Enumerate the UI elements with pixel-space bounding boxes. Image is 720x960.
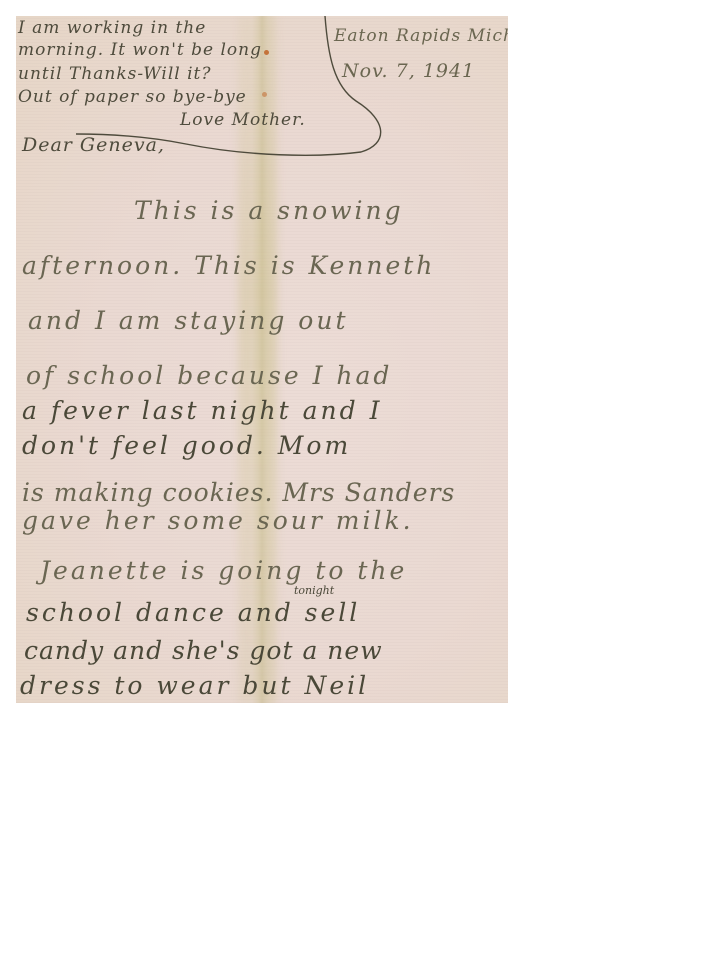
margin-note-line: morning. It won't be long <box>18 40 262 60</box>
body-line: don't feel good. Mom <box>22 431 351 460</box>
margin-note-signature: Love Mother. <box>180 110 306 130</box>
ink-spot <box>264 50 269 55</box>
page: I am working in the morning. It won't be… <box>0 0 720 960</box>
letter-place: Eaton Rapids Mich <box>334 26 508 46</box>
body-line: candy and she's got a new <box>24 636 383 665</box>
handwritten-letter: I am working in the morning. It won't be… <box>16 16 508 703</box>
body-line: This is a snowing <box>134 196 404 225</box>
body-line: gave her some sour milk. <box>22 506 414 535</box>
body-line: of school because I had <box>26 361 392 390</box>
salutation: Dear Geneva, <box>22 134 165 156</box>
body-line: afternoon. This is Kenneth <box>22 251 435 280</box>
letter-date: Nov. 7, 1941 <box>342 60 475 82</box>
margin-note-line: until Thanks-Will it? <box>18 64 212 84</box>
inserted-word: tonight <box>294 584 334 597</box>
body-line: is making cookies. Mrs Sanders <box>22 478 455 507</box>
body-line: Jeanette is going to the <box>40 556 407 585</box>
ink-spot <box>262 92 267 97</box>
body-line: a fever last night and I <box>22 396 382 425</box>
body-line: and I am staying out <box>28 306 349 335</box>
body-line: school dance and sell <box>26 598 360 627</box>
margin-note-line: Out of paper so bye-bye <box>18 87 247 107</box>
body-line: dress to wear but Neil <box>20 671 369 700</box>
margin-note-line: I am working in the <box>18 18 206 38</box>
